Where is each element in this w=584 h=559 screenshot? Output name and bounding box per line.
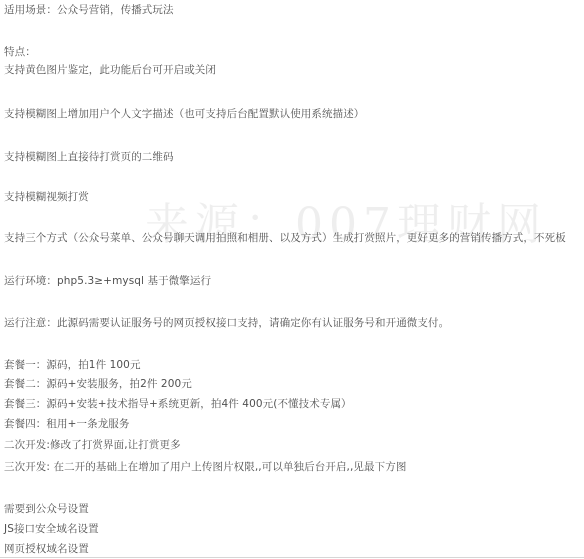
line-features-heading: 特点：	[4, 45, 36, 59]
line-feature-three-methods: 支持三个方式（公众号菜单、公众号聊天调用拍照和相册、以及方式）生成打赏照片，更好…	[4, 231, 566, 245]
line-feature-video-reward: 支持模糊视频打赏	[4, 190, 89, 204]
line-js-domain-setting: JS接口安全域名设置	[4, 522, 99, 536]
line-package-one: 套餐一：源码，拍1件 100元	[4, 358, 141, 372]
line-setup-required: 需要到公众号设置	[4, 502, 89, 516]
line-feature-user-description: 支持模糊图上增加用户个人文字描述（也可支持后台配置默认使用系统描述）	[4, 107, 364, 121]
line-oauth-domain-setting: 网页授权域名设置	[4, 542, 89, 556]
line-feature-porn-detection: 支持黄色图片鉴定，此功能后台可开启或关闭	[4, 63, 216, 77]
line-runtime-notice: 运行注意：此源码需要认证服务号的网页授权接口支持，请确定你有认证服务号和开通微支…	[4, 316, 449, 330]
line-package-four: 套餐四：租用+一条龙服务	[4, 417, 130, 431]
line-third-development: 三次开发: 在二开的基础上在增加了用户上传图片权限,,可以单独后台开启,,见最下…	[4, 460, 406, 474]
document-page: 适用场景：公众号营销，传播式玩法 特点： 支持黄色图片鉴定，此功能后台可开启或关…	[0, 0, 584, 559]
line-usage-scenario: 适用场景：公众号营销，传播式玩法	[4, 3, 174, 17]
bottom-divider	[0, 557, 584, 558]
line-package-two: 套餐二：源码+安装服务，拍2件 200元	[4, 377, 192, 391]
line-feature-qrcode: 支持模糊图上直接待打赏页的二维码	[4, 150, 174, 164]
line-second-development: 二次开发:修改了打赏界面,让打赏更多	[4, 438, 181, 452]
line-package-three: 套餐三：源码+安装+技术指导+系统更新，拍4件 400元(不懂技术专属）	[4, 397, 352, 411]
line-runtime-environment: 运行环境：php5.3≥+mysql 基于微擎运行	[4, 274, 211, 288]
